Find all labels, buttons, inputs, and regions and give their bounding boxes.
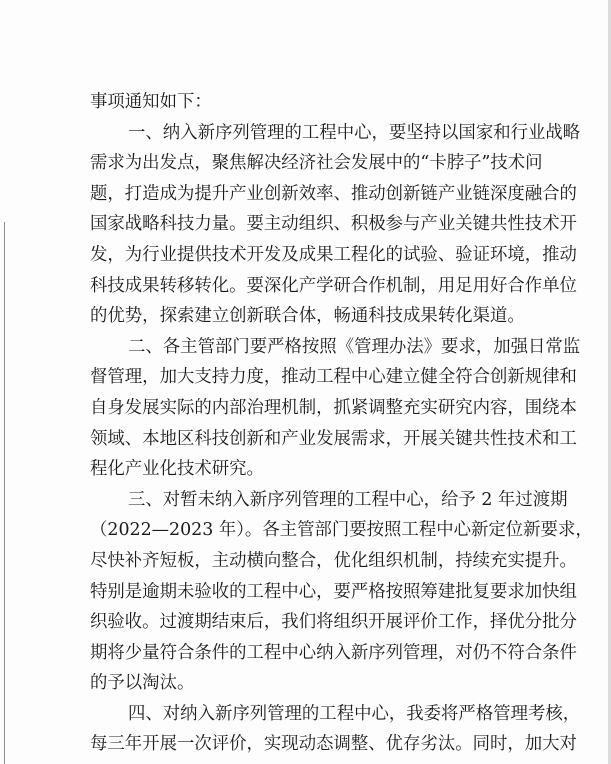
text-line: 科技成果转移转化。要深化产学研合作机制，用足用好合作单位 — [90, 271, 542, 302]
text-line: 期将少量符合条件的工程中心纳入新序列管理，对仍不符合条件 — [90, 638, 542, 669]
text-line: 国家战略科技力量。要主动组织、积极参与产业关键共性技术开 — [90, 209, 542, 240]
text-line: 的予以淘汰。 — [90, 668, 542, 699]
text-line: 领域、本地区科技创新和产业发展需求，开展关键共性技术和工 — [90, 424, 542, 455]
text-line: 程化产业化技术研究。 — [90, 454, 542, 485]
document-body: 事项通知如下： 一、纳入新序列管理的工程中心，要坚持以国家和行业战略 需求为出发… — [90, 87, 542, 760]
text-line: 四、对纳入新序列管理的工程中心，我委将严格管理考核， — [90, 699, 542, 730]
text-line: 三、对暂未纳入新序列管理的工程中心，给予 2 年过渡期 — [90, 485, 542, 516]
text-line: 发，为行业提供技术开发及成果工程化的试验、验证环境，推动 — [90, 240, 542, 271]
text-line: 一、纳入新序列管理的工程中心，要坚持以国家和行业战略 — [90, 118, 542, 149]
text-line: （2022—2023 年）。各主管部门要按照工程中心新定位新要求， — [90, 515, 542, 546]
text-line: 事项通知如下： — [90, 87, 542, 118]
scan-left-edge-line — [4, 222, 5, 764]
text-line: 每三年开展一次评价，实现动态调整、优存劣汰。同时，加大对 — [90, 729, 542, 760]
text-line: 织验收。过渡期结束后，我们将组织开展评价工作，择优分批分 — [90, 607, 542, 638]
text-line: 二、各主管部门要严格按照《管理办法》要求，加强日常监 — [90, 332, 542, 363]
text-line: 题，打造成为提升产业创新效率、推动创新链产业链深度融合的 — [90, 179, 542, 210]
text-line: 的优势，探索建立创新联合体，畅通科技成果转化渠道。 — [90, 301, 542, 332]
text-line: 特别是逾期未验收的工程中心，要严格按照筹建批复要求加快组 — [90, 577, 542, 608]
text-line: 督管理，加大支持力度，推动工程中心建立健全符合创新规律和 — [90, 362, 542, 393]
text-line: 尽快补齐短板，主动横向整合，优化组织机制，持续充实提升。 — [90, 546, 542, 577]
document-page: 事项通知如下： 一、纳入新序列管理的工程中心，要坚持以国家和行业战略 需求为出发… — [0, 0, 611, 764]
text-line: 需求为出发点，聚焦解决经济社会发展中的“卡脖子”技术问 — [90, 148, 542, 179]
text-line: 自身发展实际的内部治理机制，抓紧调整充实研究内容，围绕本 — [90, 393, 542, 424]
